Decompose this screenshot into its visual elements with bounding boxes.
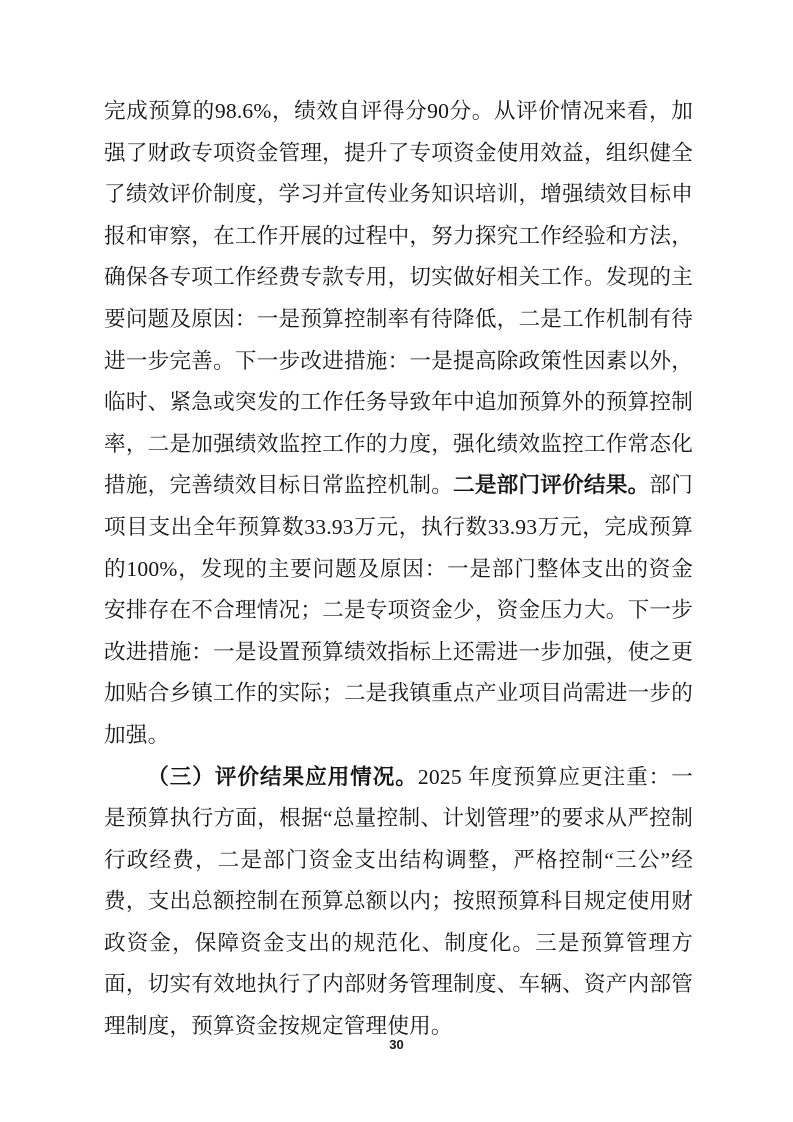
page-footer: 30 — [0, 1036, 793, 1054]
paragraph-performance-evaluation-results: 完成预算的98.6%，绩效自评得分90分。从评价情况来看，加强了财政专项资金管理… — [104, 91, 693, 757]
paragraph-evaluation-results-application: （三）评价结果应用情况。2025 年度预算应更注重：一是预算执行方面，根据“总量… — [104, 757, 693, 1048]
para1-lead-text: 完成预算的98.6%，绩效自评得分90分。从评价情况来看，加强了财政专项资金管理… — [104, 99, 693, 497]
page-number: 30 — [389, 1037, 403, 1052]
para1-bold-marker-department-evaluation-results: 二是部门评价结果。 — [453, 473, 649, 497]
para2-body-text: 2025 年度预算应更注重：一是预算执行方面，根据“总量控制、计划管理”的要求从… — [104, 765, 693, 1039]
para1-tail-text: 部门项目支出全年预算数33.93万元，执行数33.93万元，完成预算的100%，… — [104, 473, 693, 747]
document-body: 完成预算的98.6%，绩效自评得分90分。从评价情况来看，加强了财政专项资金管理… — [104, 91, 693, 1048]
document-page: 完成预算的98.6%，绩效自评得分90分。从评价情况来看，加强了财政专项资金管理… — [0, 0, 793, 1122]
para2-bold-heading-section-three: （三）评价结果应用情况。 — [147, 765, 418, 789]
